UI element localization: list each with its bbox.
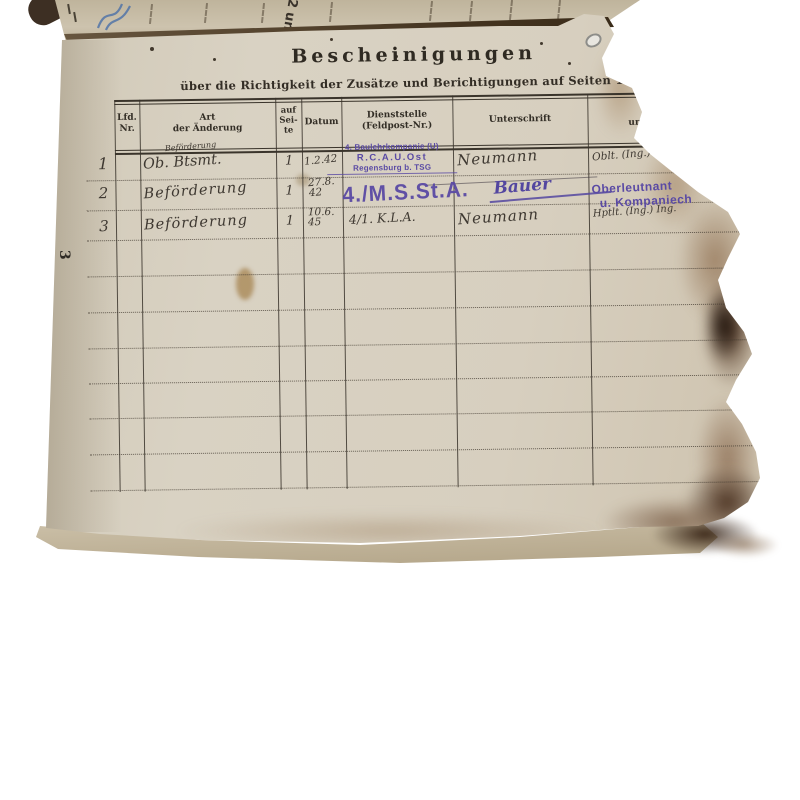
row3-signature: Neumann (457, 205, 539, 228)
row1-lfd-nr: 1 (89, 154, 117, 173)
row3-lfd-nr: 3 (90, 217, 118, 235)
row3-datum: 10.6. 45 (308, 208, 335, 228)
empty-row-line (90, 445, 780, 456)
document-title: Bescheinigungen (113, 40, 713, 70)
column-tick (557, 0, 561, 20)
sheet-content: 3 Bescheinigungen über die Richtigkeit d… (0, 0, 800, 800)
row2-art: Beförderung (143, 180, 248, 203)
page-number: 3 (56, 250, 72, 260)
document-subtitle: über die Richtigkeit der Zusätze und Ber… (97, 71, 737, 94)
unit-stamp-line3: Regensburg b. TSG (327, 162, 457, 175)
certifications-table: Lfd. Nr. Art der Änderung auf Sei- te Da… (114, 91, 765, 492)
empty-row-line (88, 267, 778, 278)
empty-row-line (88, 303, 778, 314)
column-tick (329, 2, 333, 22)
fine-print-mark (67, 4, 71, 14)
row1-auf-seite: 1 (276, 153, 302, 168)
scorch-smudge (700, 528, 790, 562)
col-header-auf-seite: auf Sei- te (274, 105, 302, 136)
col-header-dienststelle: Dienststelle (Feldpost-Nr.) (341, 109, 452, 132)
col-header-dienstgrad: Dienstgrad und Dienststellung (587, 105, 765, 129)
fine-print-mark (73, 12, 77, 22)
column-tick (149, 4, 153, 24)
empty-row-line (89, 374, 779, 385)
col-header-datum: Datum (301, 117, 341, 128)
row3-dienststelle: 4/1. K.L.A. (349, 209, 416, 227)
row2-auf-seite: 1 (276, 183, 302, 198)
photo-of-wehrpass-page: 2 und 3 Bescheinigungen (0, 0, 800, 800)
unit-stamp-line1: 4. Baulehrkompanie (U) (327, 141, 457, 152)
column-tick (204, 3, 208, 23)
empty-row-line (89, 339, 779, 350)
document-page: 3 Bescheinigungen über die Richtigkeit d… (0, 0, 800, 800)
empty-row-line (90, 409, 780, 420)
row3-art: Beförderung (144, 212, 249, 233)
row3-auf-seite: 1 (277, 213, 303, 228)
row2-lfd-nr: 2 (89, 184, 117, 202)
row-separator (87, 231, 777, 242)
col-header-art: Art der Änderung (139, 112, 275, 135)
empty-row-line (91, 481, 781, 492)
column-tick (429, 1, 433, 21)
row2-signature: Bauer (493, 174, 552, 199)
column-tick (261, 3, 265, 23)
column-tick (469, 1, 473, 21)
column-tick (509, 0, 513, 20)
col-header-lfd-nr: Lfd. Nr. (112, 113, 141, 135)
row1-art: Ob. Btsmt. (143, 152, 222, 173)
pen-mark (92, 0, 138, 34)
col-header-unterschrift: Unterschrift (452, 113, 587, 126)
